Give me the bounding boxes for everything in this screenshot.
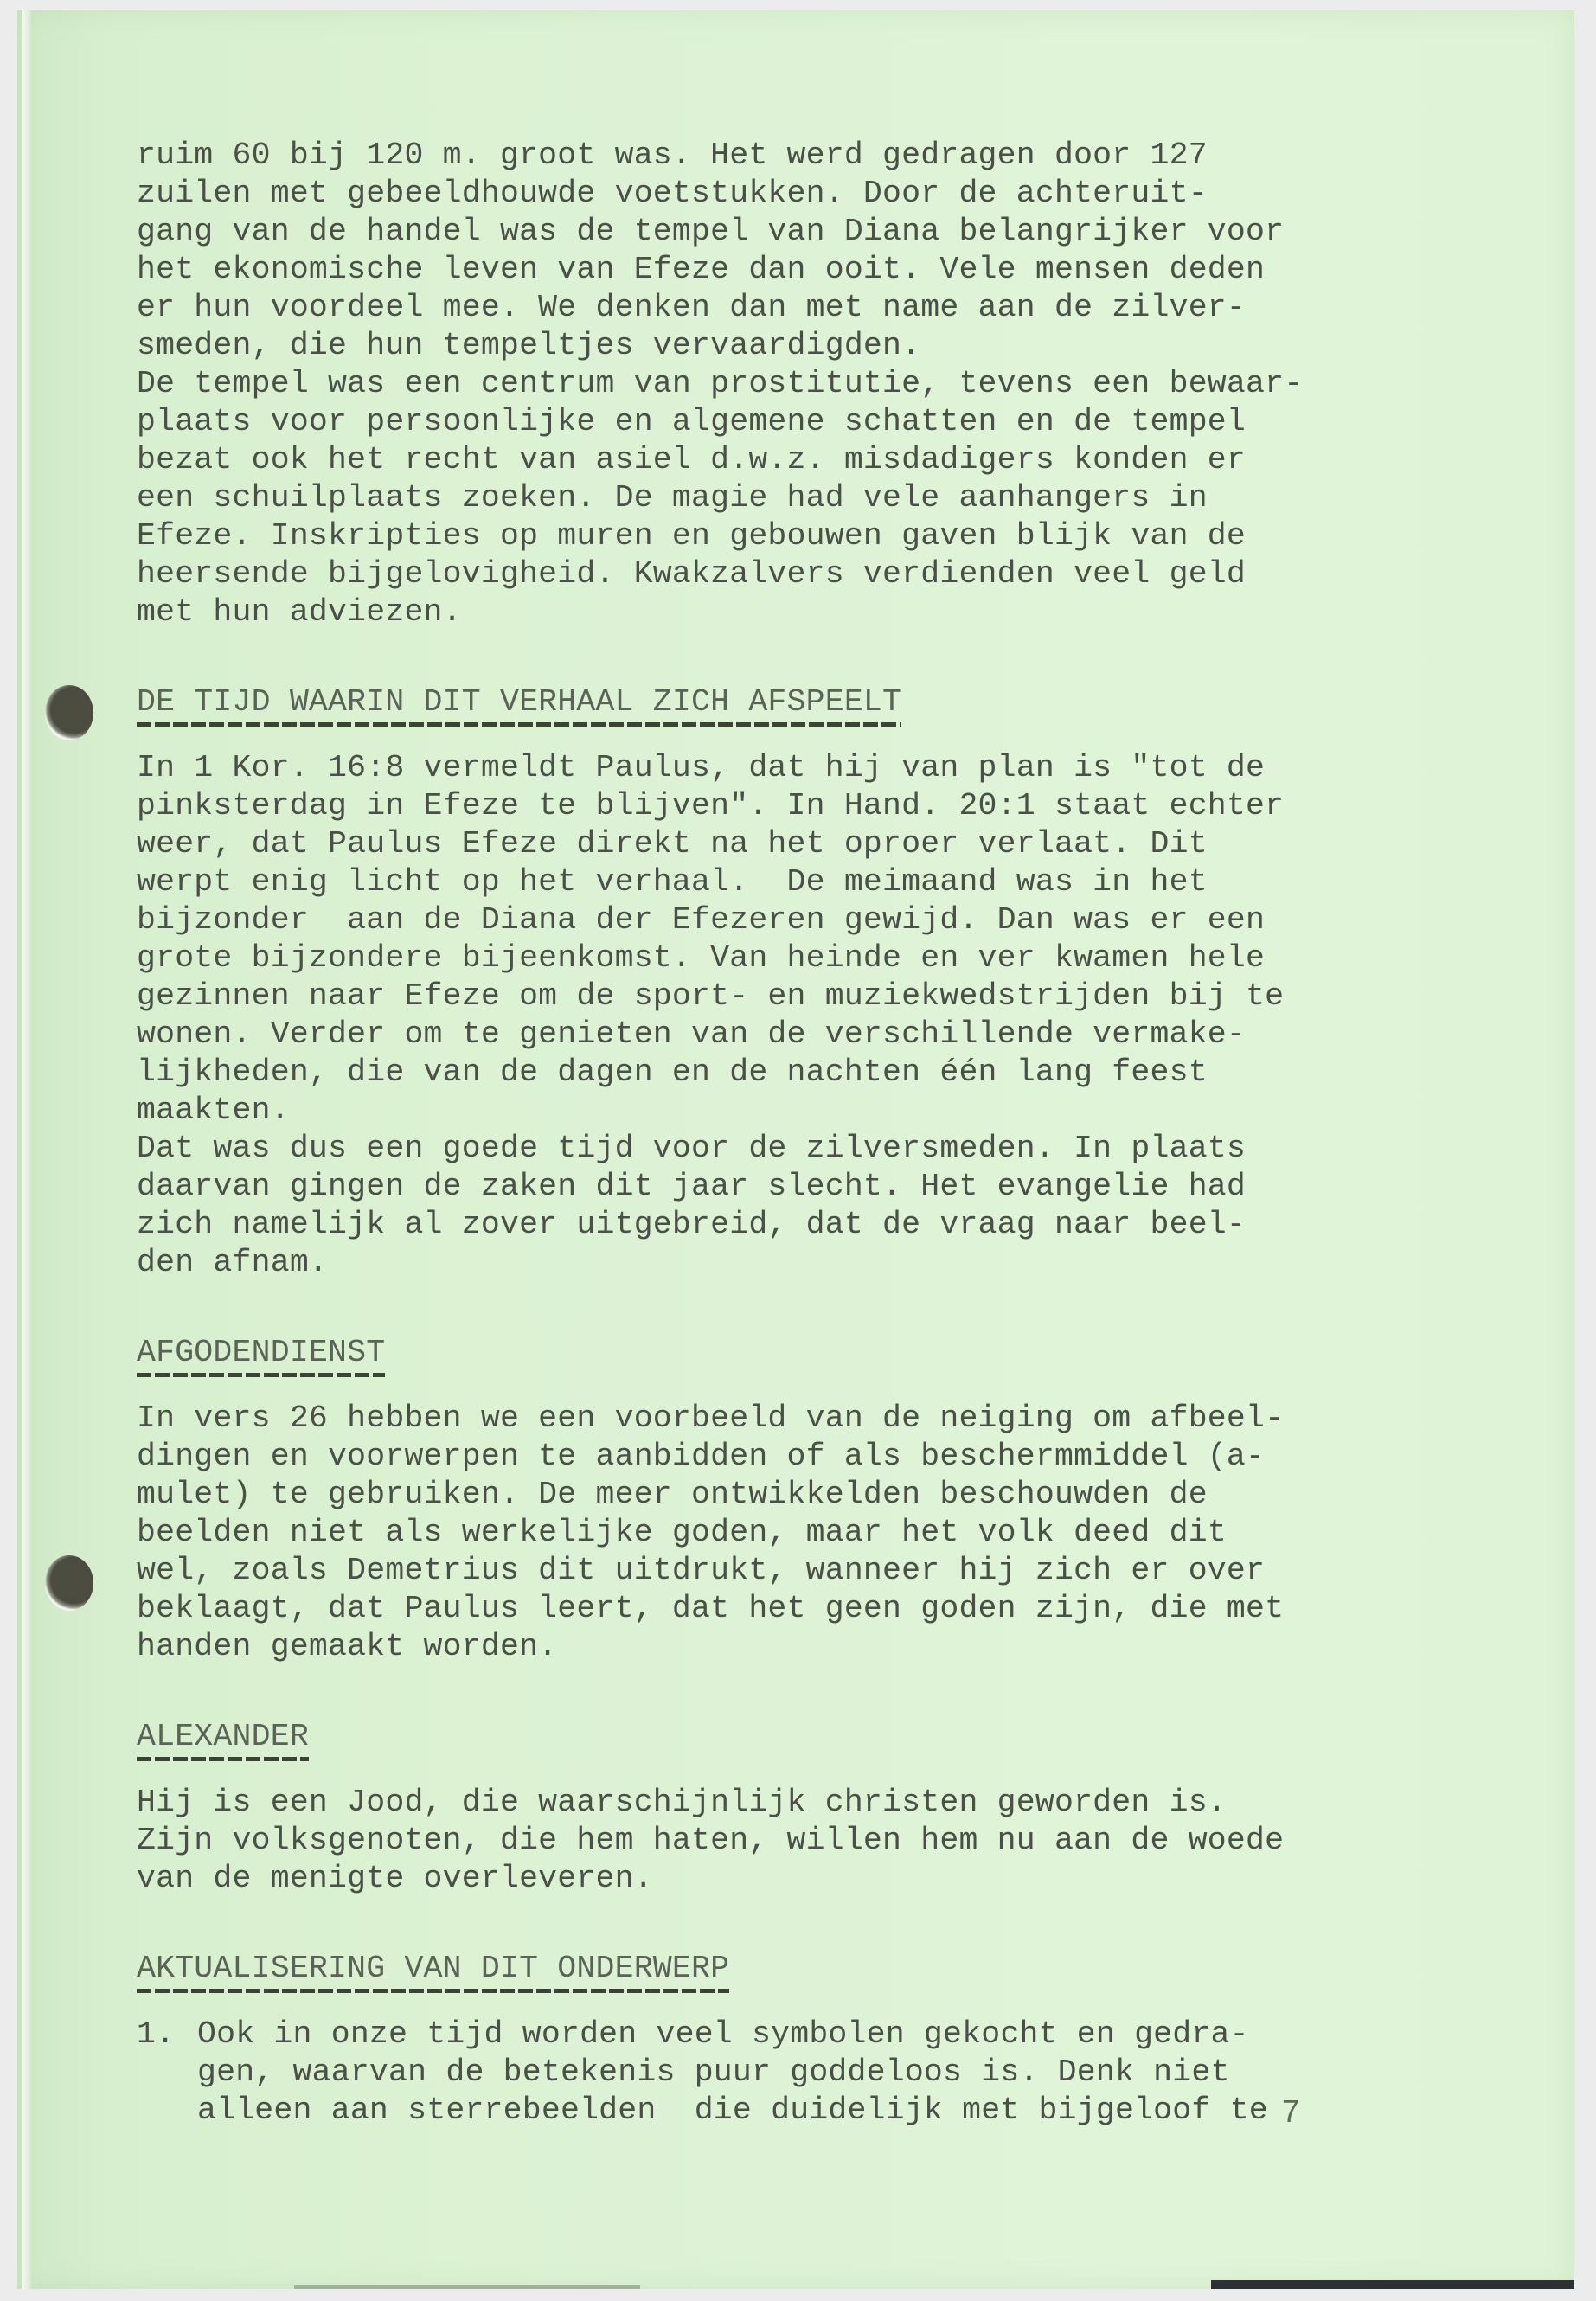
text-line: een schuilplaats zoeken. De magie had ve… <box>137 479 1365 517</box>
text-line: beelden niet als werkelijke goden, maar … <box>137 1514 1365 1552</box>
text-line: lijkheden, die van de dagen en de nachte… <box>137 1054 1365 1092</box>
text-line: plaats voor persoonlijke en algemene sch… <box>137 403 1365 441</box>
section-de-tijd: DE TIJD WAARIN DIT VERHAAL ZICH AFSPEELT… <box>137 683 1365 1282</box>
text-line: wel, zoals Demetrius dit uitdrukt, wanne… <box>137 1552 1365 1590</box>
section-afgodendienst: AFGODENDIENST In vers 26 hebben we een v… <box>137 1334 1365 1666</box>
text-line: werpt enig licht op het verhaal. De meim… <box>137 863 1365 901</box>
text-line: smeden, die hun tempeltjes vervaardigden… <box>137 327 1365 365</box>
text-line: gen, waarvan de betekenis puur goddeloos… <box>197 2054 1268 2092</box>
text-line: Efeze. Inskripties op muren en gebouwen … <box>137 517 1365 555</box>
text-line: bezat ook het recht van asiel d.w.z. mis… <box>137 441 1365 479</box>
text-line: grote bijzondere bijeenkomst. Van heinde… <box>137 939 1365 977</box>
text-line: het ekonomische leven van Efeze dan ooit… <box>137 251 1365 289</box>
text-line: heersende bijgelovigheid. Kwakzalvers ve… <box>137 555 1365 593</box>
text-line: ruim 60 bij 120 m. groot was. Het werd g… <box>137 137 1365 175</box>
text-line: Ook in onze tijd worden veel symbolen ge… <box>197 2016 1268 2054</box>
text-line: mulet) te gebruiken. De meer ontwikkelde… <box>137 1476 1365 1514</box>
text-line: den afnam. <box>137 1244 1365 1282</box>
section-alexander: ALEXANDER Hij is een Jood, die waarschij… <box>137 1718 1365 1898</box>
section-heading: ALEXANDER <box>137 1718 309 1758</box>
text-line: maakten. <box>137 1092 1365 1130</box>
intro-paragraph: ruim 60 bij 120 m. groot was. Het werd g… <box>137 137 1365 631</box>
text-line: Hij is een Jood, die waarschijnlijk chri… <box>137 1784 1365 1822</box>
text-line: Dat was dus een goede tijd voor de zilve… <box>137 1130 1365 1168</box>
text-line: weer, dat Paulus Efeze direkt na het opr… <box>137 825 1365 863</box>
text-line: wonen. Verder om te genieten van de vers… <box>137 1016 1365 1054</box>
text-line: De tempel was een centrum van prostituti… <box>137 365 1365 403</box>
page-bottom-shadow <box>1211 2280 1574 2289</box>
text-line: Zijn volksgenoten, die hem haten, willen… <box>137 1822 1365 1860</box>
page-bottom-shadow-faint <box>294 2285 640 2289</box>
page-number: 7 <box>1282 2093 1299 2130</box>
text-line: pinksterdag in Efeze te blijven". In Han… <box>137 787 1365 825</box>
text-line: dingen en voorwerpen te aanbidden of als… <box>137 1438 1365 1476</box>
text-line: In 1 Kor. 16:8 vermeldt Paulus, dat hij … <box>137 749 1365 787</box>
section-heading: AFGODENDIENST <box>137 1334 385 1374</box>
binder-hole-icon <box>45 685 93 740</box>
section-heading: DE TIJD WAARIN DIT VERHAAL ZICH AFSPEELT <box>137 683 901 723</box>
text-line: van de menigte overleveren. <box>137 1860 1365 1898</box>
text-line: beklaagt, dat Paulus leert, dat het geen… <box>137 1590 1365 1628</box>
list-item: 1. Ook in onze tijd worden veel symbolen… <box>137 2016 1365 2130</box>
text-line: er hun voordeel mee. We denken dan met n… <box>137 289 1365 327</box>
text-line: alleen aan sterrebeelden die duidelijk m… <box>197 2092 1268 2130</box>
text-line: bijzonder aan de Diana der Efezeren gewi… <box>137 901 1365 939</box>
binder-hole-icon <box>45 1555 93 1611</box>
section-heading: AKTUALISERING VAN DIT ONDERWERP <box>137 1950 729 1990</box>
text-line: met hun adviezen. <box>137 593 1365 631</box>
text-line: zuilen met gebeeldhouwde voetstukken. Do… <box>137 175 1365 213</box>
section-aktualisering: AKTUALISERING VAN DIT ONDERWERP 1. Ook i… <box>137 1950 1365 2130</box>
text-line: In vers 26 hebben we een voorbeeld van d… <box>137 1400 1365 1438</box>
text-line: gang van de handel was de tempel van Dia… <box>137 213 1365 251</box>
text-line: handen gemaakt worden. <box>137 1628 1365 1666</box>
text-line: daarvan gingen de zaken dit jaar slecht.… <box>137 1168 1365 1206</box>
list-item-text: Ook in onze tijd worden veel symbolen ge… <box>197 2016 1268 2130</box>
document-body: ruim 60 bij 120 m. groot was. Het werd g… <box>137 137 1365 2130</box>
text-line: gezinnen naar Efeze om de sport- en muzi… <box>137 977 1365 1016</box>
page-left-edge <box>22 10 31 2289</box>
list-number: 1. <box>137 2016 197 2130</box>
text-line: zich namelijk al zover uitgebreid, dat d… <box>137 1206 1365 1244</box>
